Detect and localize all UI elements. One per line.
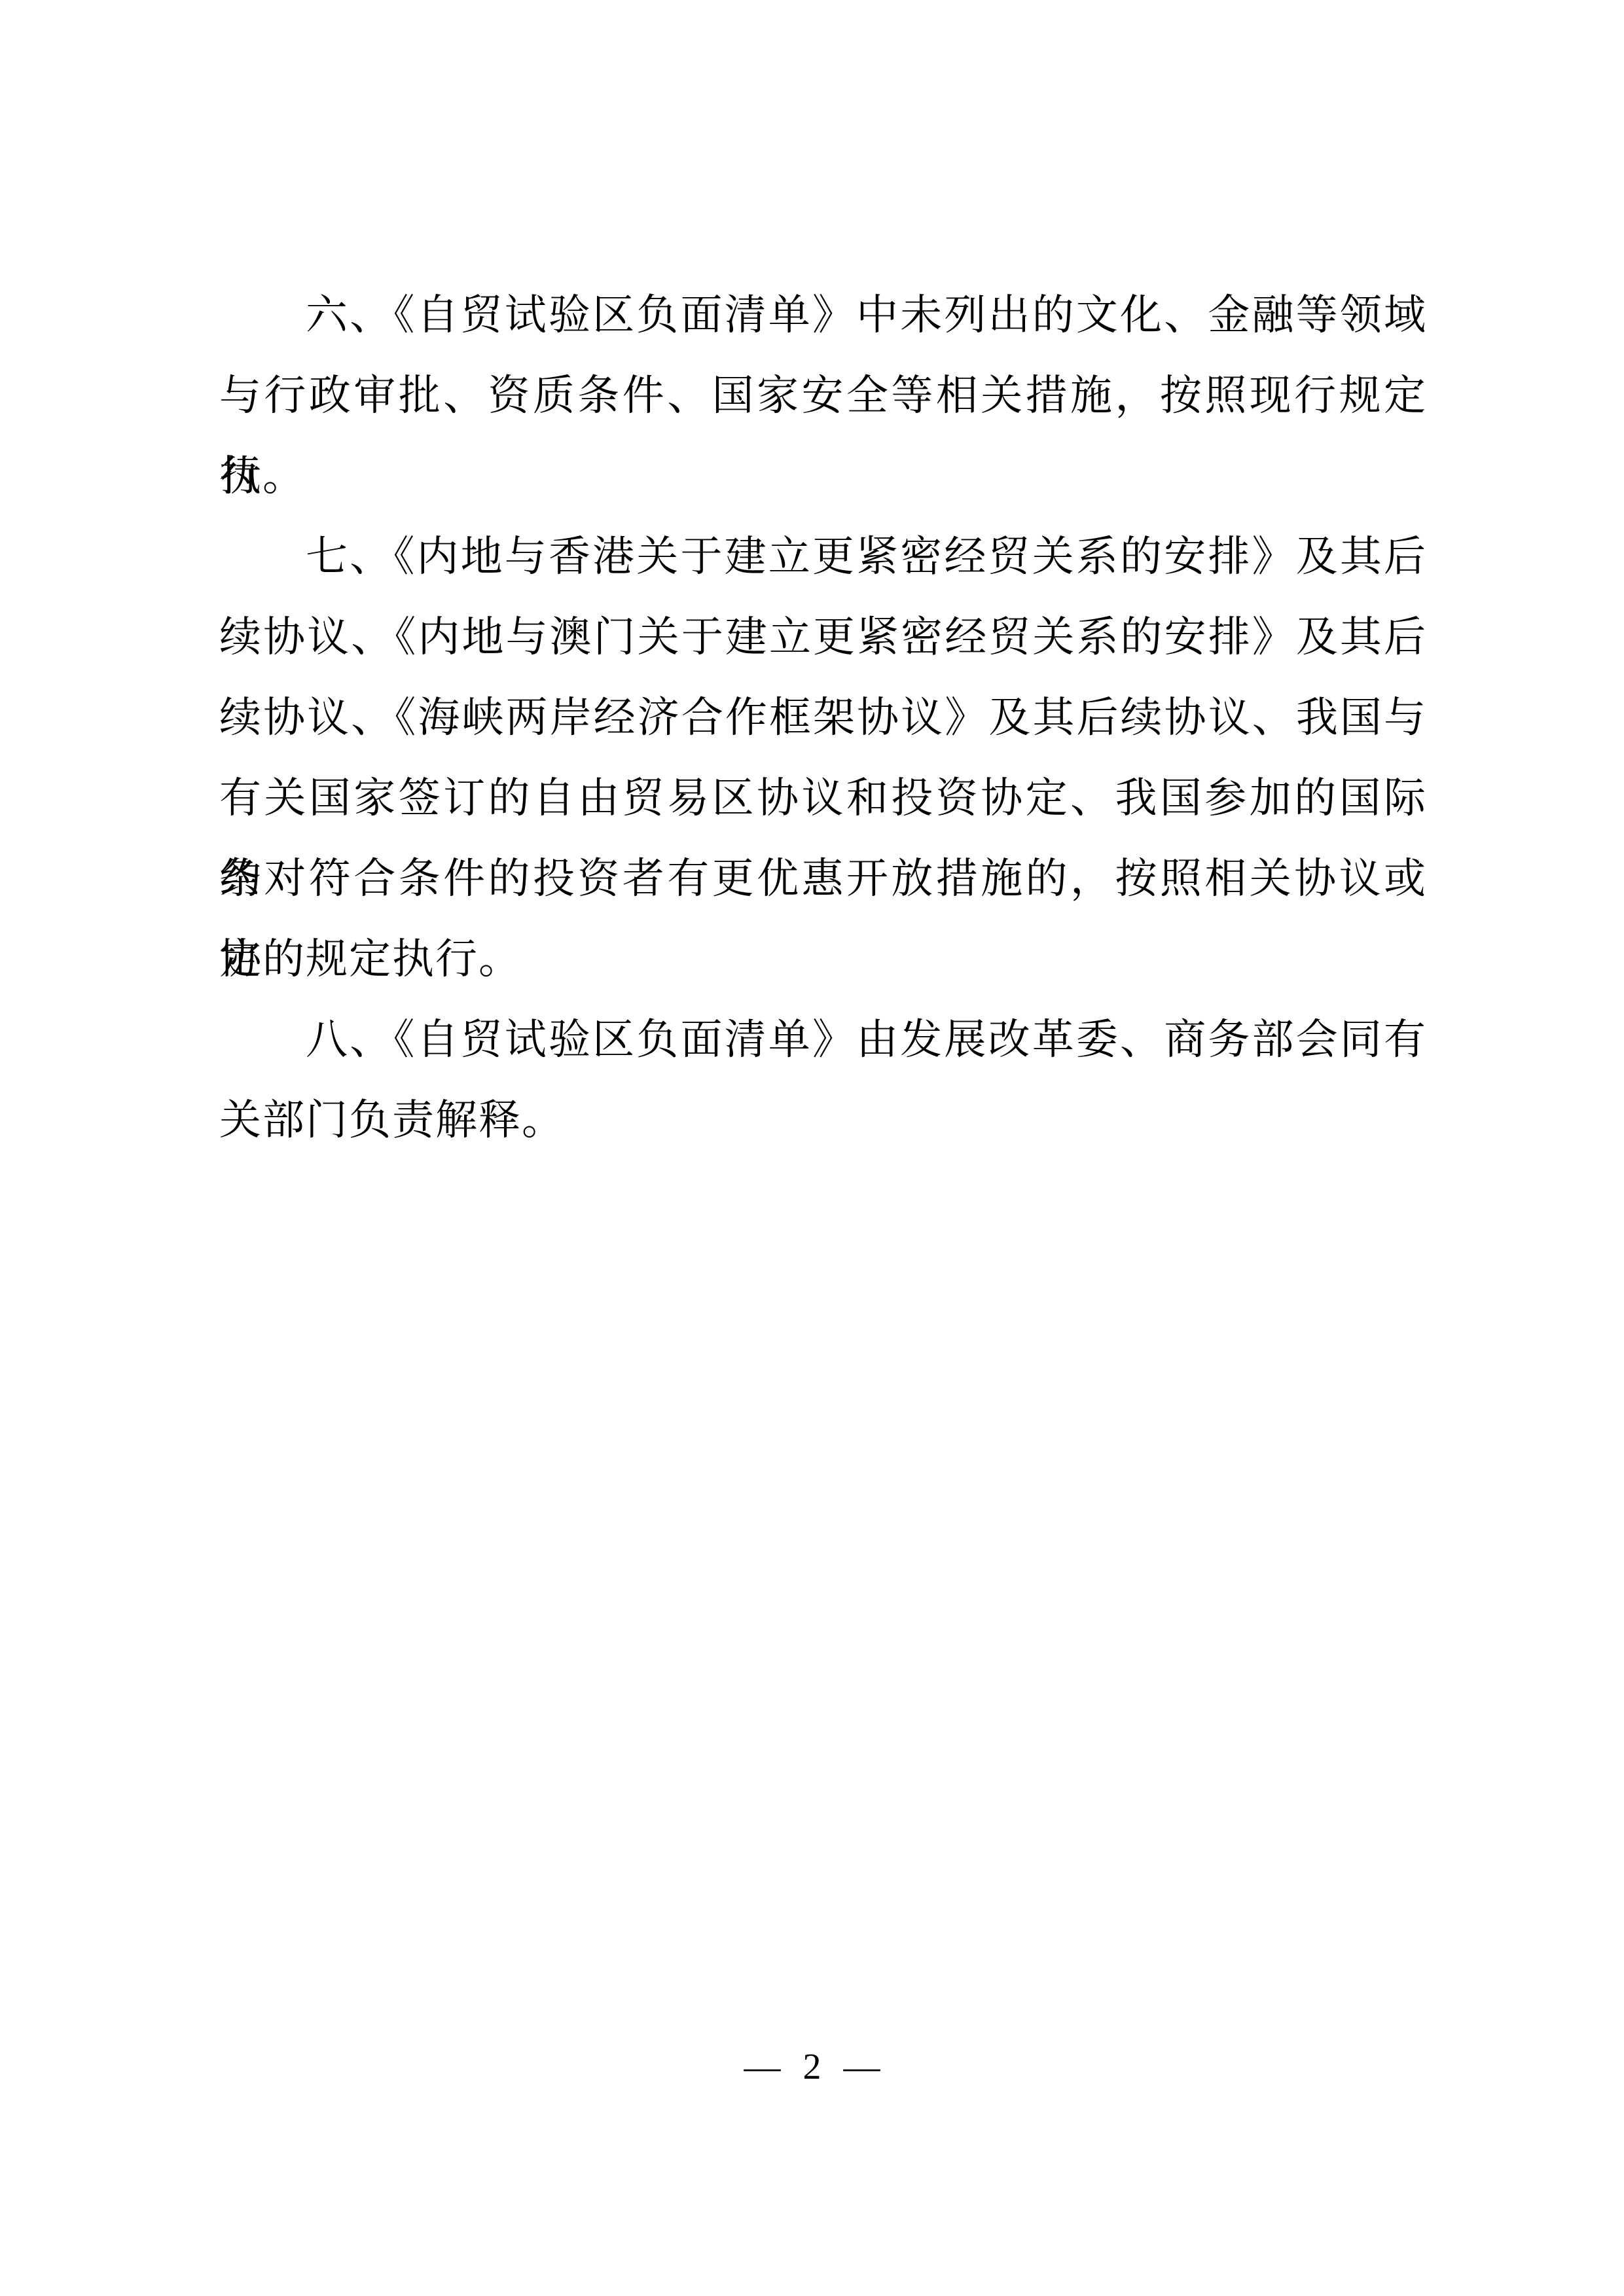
- document-line: 续协议、《内地与澳门关于建立更紧密经贸关系的安排》及其后: [219, 597, 1427, 677]
- page-footer: — 2 —: [0, 2047, 1624, 2087]
- document-line: 有关国家签订的自由贸易区协议和投资协定、我国参加的国际条: [219, 758, 1427, 838]
- document-line: 关部门负责解释。: [219, 1080, 1427, 1160]
- document-page: 六、《自贸试验区负面清单》中未列出的文化、金融等领域 与行政审批、资质条件、国家…: [0, 0, 1624, 2296]
- document-line: 六、《自贸试验区负面清单》中未列出的文化、金融等领域: [219, 275, 1427, 355]
- document-line: 定的规定执行。: [219, 919, 1427, 999]
- document-line: 续协议、《海峡两岸经济合作框架协议》及其后续协议、我国与: [219, 677, 1427, 758]
- document-line: 与行政审批、资质条件、国家安全等相关措施，按照现行规定执: [219, 355, 1427, 436]
- document-line: 八、《自贸试验区负面清单》由发展改革委、商务部会同有: [219, 999, 1427, 1080]
- page-number: — 2 —: [744, 2047, 880, 2087]
- document-line: 七、《内地与香港关于建立更紧密经贸关系的安排》及其后: [219, 516, 1427, 597]
- document-line: 行。: [219, 436, 1427, 516]
- document-text-block: 六、《自贸试验区负面清单》中未列出的文化、金融等领域 与行政审批、资质条件、国家…: [219, 275, 1427, 1160]
- document-line: 约对符合条件的投资者有更优惠开放措施的，按照相关协议或协: [219, 838, 1427, 919]
